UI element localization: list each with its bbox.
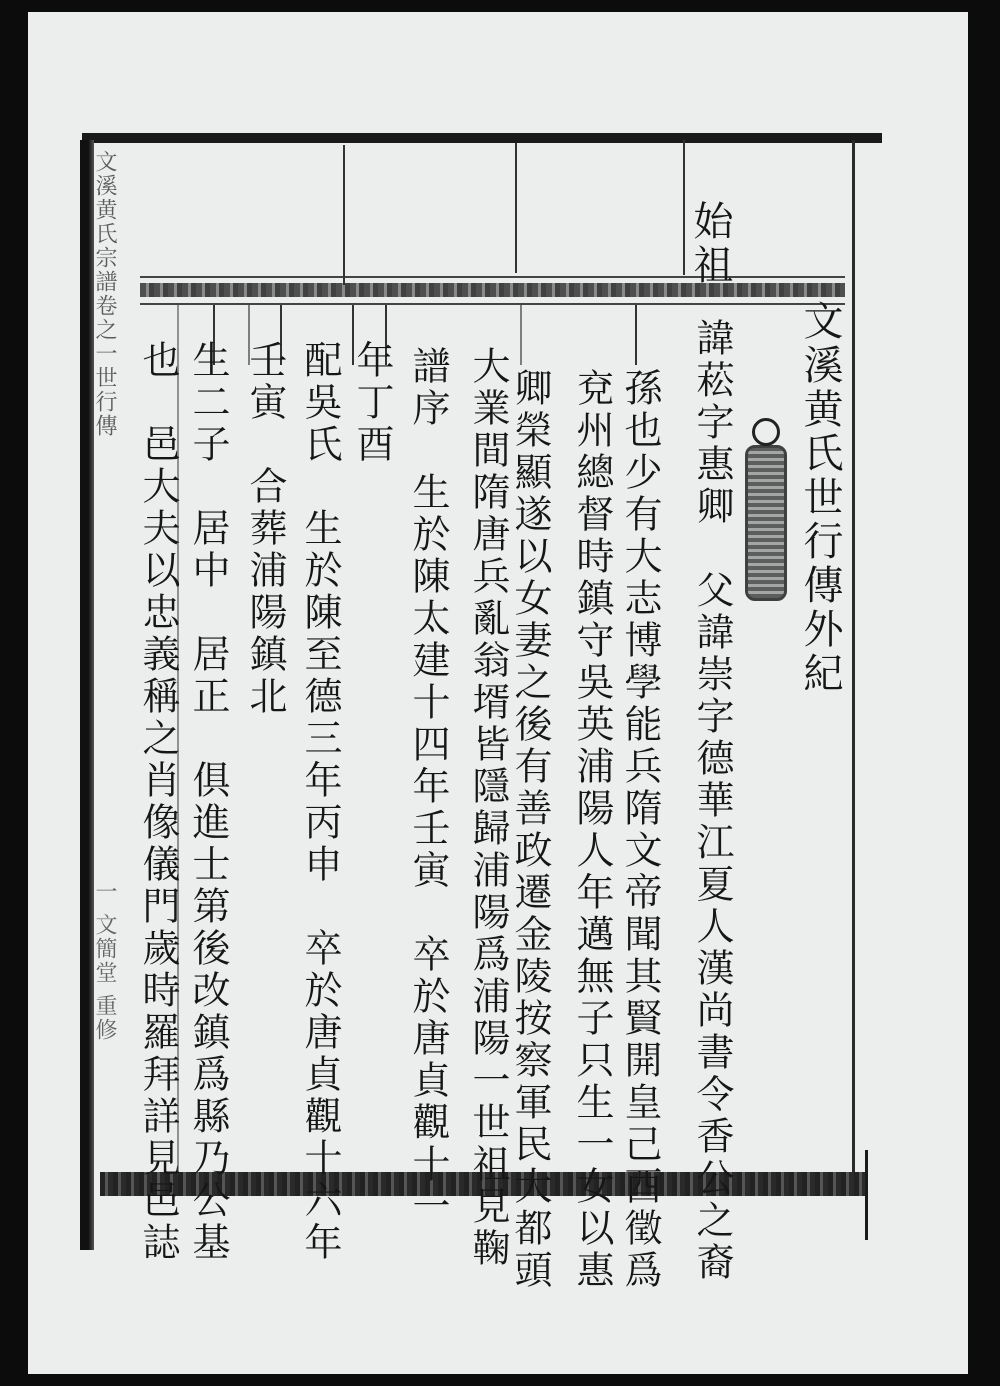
text-column-7: 年丁酉 [352, 340, 392, 466]
text-column-4: 卿榮顯遂以女妻之後有善政遷金陵按察軍民大都頭 [510, 368, 550, 1292]
upper-rule-3 [683, 140, 685, 275]
section-heading: 始祖 [690, 200, 730, 288]
document-title: 文溪黄氏世行傳外紀 [800, 300, 840, 696]
upper-rule-2 [515, 143, 517, 273]
text-column-6: 譜序 生於陳太建十四年壬寅 卒於唐貞觀十一 [408, 346, 448, 1228]
band-rule-top [140, 276, 845, 278]
text-column-5: 大業間隋唐兵亂翁壻皆隱歸浦陽爲浦陽一世祖見鞠 [468, 346, 508, 1270]
spine-title: 文溪黄氏宗譜卷之一世行傳 [96, 150, 120, 438]
frame-top-border [82, 133, 882, 143]
spine-footer: 一 文簡堂 重修 [96, 880, 120, 1042]
frame-right-extension [865, 1150, 868, 1240]
text-column-10: 生二子 居中 居正 俱進士第後改鎮爲縣乃公基 [188, 340, 228, 1264]
text-column-1: 諱菘字惠卿 父諱崇字德華江夏人漢尚書令香公之裔 [692, 318, 732, 1284]
circle-mark-icon [752, 418, 780, 446]
text-column-3: 兗州總督時鎮守吳英浦陽人年邁無子只生一女以惠 [572, 368, 612, 1292]
text-column-11: 也 邑大夫以忠義稱之肖像儀門歲時羅拜詳見邑誌 [138, 340, 178, 1264]
text-column-8: 配吳氏 生於陳至德三年丙申 卒於唐貞觀十六年 [300, 340, 340, 1264]
text-column-9: 壬寅 合葬浦陽鎮北 [245, 340, 285, 718]
upper-rule-1 [343, 145, 345, 285]
lower-rule-7 [520, 305, 522, 365]
band-rule-bottom [140, 303, 845, 305]
lower-rule-8 [635, 305, 637, 365]
text-column-2: 孫也少有大志博學能兵隋文帝聞其賢開皇己酉徵爲 [620, 368, 660, 1292]
seal-stamp-icon [745, 445, 787, 601]
header-band [140, 283, 845, 297]
frame-right-border [852, 140, 855, 1180]
